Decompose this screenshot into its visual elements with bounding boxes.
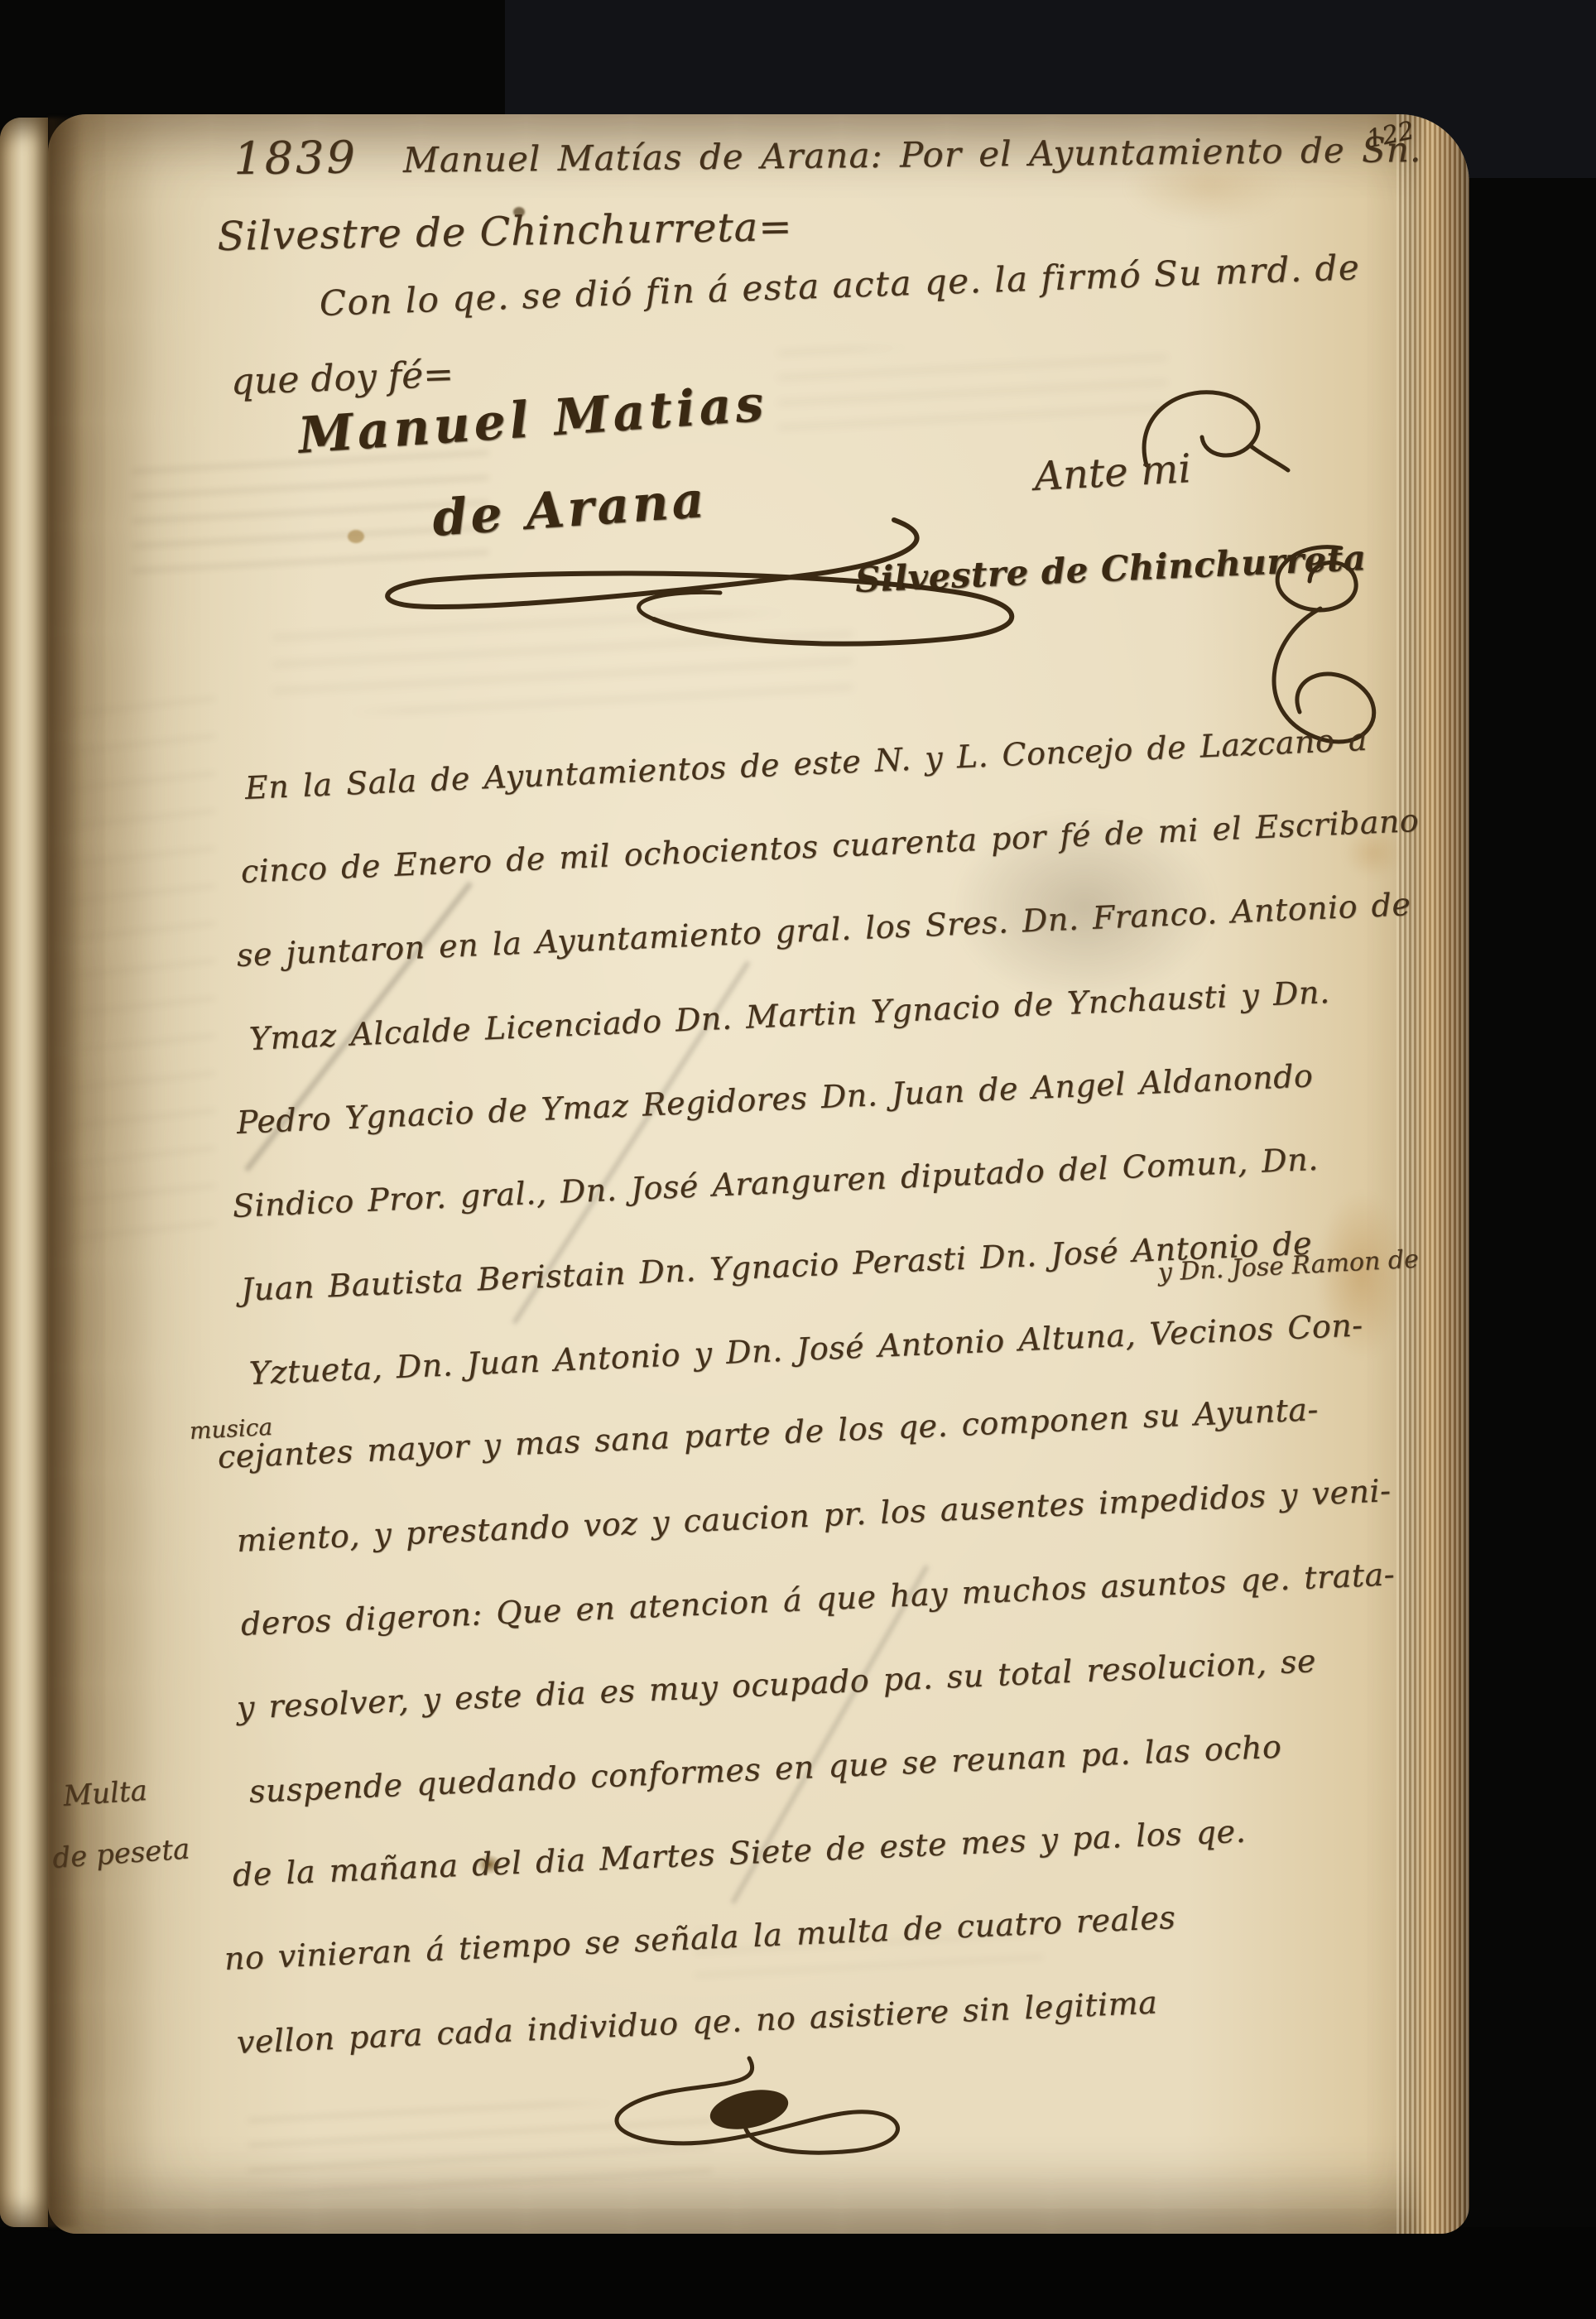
- margin-note-multa-line1: Multa: [62, 1774, 148, 1813]
- margin-note-musica: musica: [189, 1413, 273, 1445]
- fore-edge-page-stack: [1396, 114, 1469, 2234]
- background-bottom: [0, 2227, 1596, 2319]
- facing-page-edge: [0, 118, 48, 2227]
- header-line-4: que doy fé=: [230, 354, 454, 403]
- ante-mi-label: Ante mi: [1033, 445, 1192, 500]
- header-line1-text: Manuel Matías de Arana: Por el Ayuntamie…: [403, 129, 1422, 180]
- gutter-shadow: [48, 118, 81, 2227]
- manuscript-photo: 122 1839Manuel Matías de Arana: Por el A…: [0, 0, 1596, 2319]
- year-label: 1839: [233, 131, 358, 185]
